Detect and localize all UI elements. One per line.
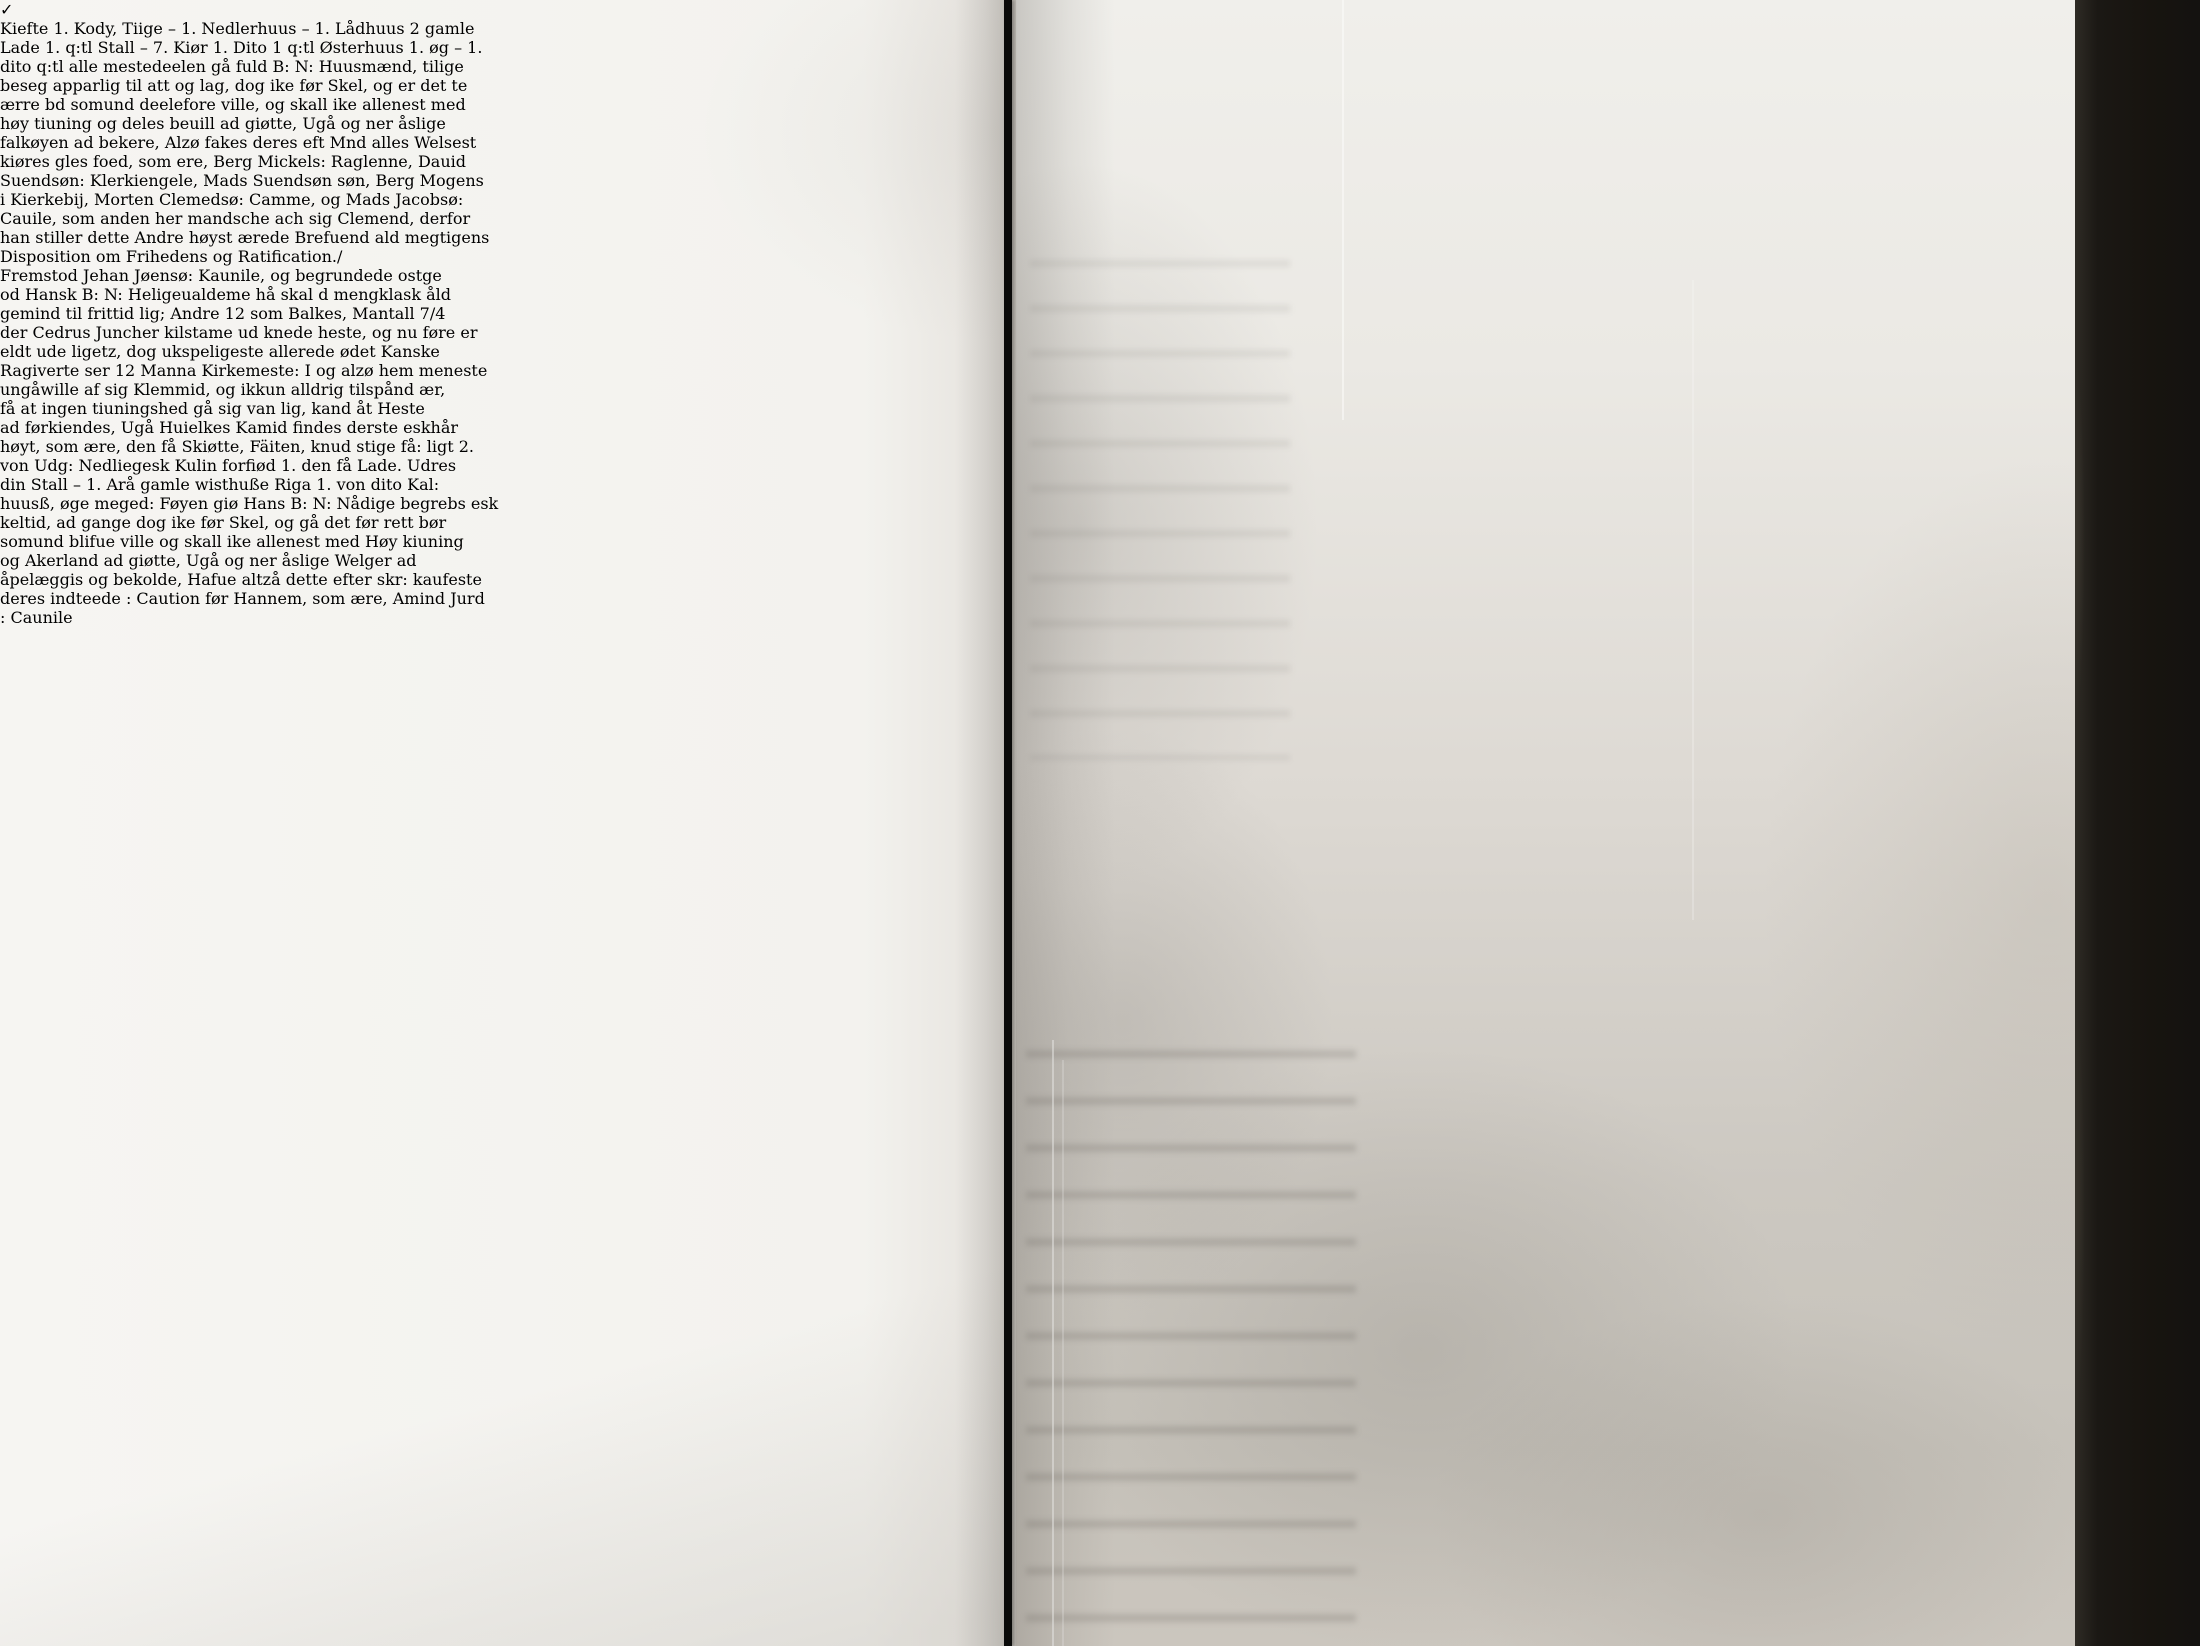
manuscript-line: han stiller dette Andre høyst ærede Bref… xyxy=(0,228,1016,247)
manuscript-line: beseg apparlig til att og lag, dog ike f… xyxy=(0,76,1016,95)
right-page xyxy=(1016,0,2080,1646)
left-page: ✓ Kiefte 1. Kody, Tiige – 1. Nedlerhuus … xyxy=(0,0,1016,1646)
manuscript-line: ærre bd somund deelefore ville, og skall… xyxy=(0,95,1016,114)
manuscript-line: Disposition om Frihedens og Ratification… xyxy=(0,247,1016,266)
gutter-shadow xyxy=(955,0,1005,1646)
manuscript-line: Suendsøn: Klerkiengele, Mads Suendsøn sø… xyxy=(0,171,1016,190)
manuscript-line: Fremstod Jehan Jøensø: Kaunile, og begru… xyxy=(0,266,1016,285)
manuscript-line: Kiefte 1. Kody, Tiige – 1. Nedlerhuus – … xyxy=(0,19,1016,38)
manuscript-line: dito q:tl alle mestedeelen gå fuld B: N:… xyxy=(0,57,1016,76)
manuscript-line: ad førkiendes, Ugå Huielkes Kamid findes… xyxy=(0,418,1016,437)
manuscript-line: Cauile, som anden her mandsche ach sig C… xyxy=(0,209,1016,228)
margin-checkmark: ✓ xyxy=(0,0,1016,19)
manuscript-line: Lade 1. q:tl Stall – 7. Kiør 1. Dito 1 q… xyxy=(0,38,1016,57)
manuscript-line: ungåwille af sig Klemmid, og ikkun alldr… xyxy=(0,380,1016,399)
manuscript-line: keltid, ad gange dog ike før Skel, og gå… xyxy=(0,513,1016,532)
book-edge-band xyxy=(2075,0,2200,1646)
manuscript-line: høyt, som ære, den få Skiøtte, Fäiten, k… xyxy=(0,437,1016,456)
manuscript-line: høy tiuning og deles beuill ad giøtte, U… xyxy=(0,114,1016,133)
manuscript-line: von Udg: Nedliegesk Kulin forfiød 1. den… xyxy=(0,456,1016,475)
scan-scratch-line xyxy=(1342,0,1344,420)
binding-gutter xyxy=(955,0,1115,1646)
manuscript-line: og Akerland ad giøtte, Ugå og ner åslige… xyxy=(0,551,1016,570)
left-paragraph-1: Kiefte 1. Kody, Tiige – 1. Nedlerhuus – … xyxy=(0,19,1016,266)
manuscript-line: din Stall – 1. Arå gamle wisthuße Riga 1… xyxy=(0,475,1016,494)
manuscript-line: Ragiverte ser 12 Manna Kirkemeste: I og … xyxy=(0,361,1016,380)
binding-fold-line xyxy=(1004,0,1012,1646)
manuscript-line: kiøres gles foed, som ere, Berg Mickels:… xyxy=(0,152,1016,171)
manuscript-line: od Hansk B: N: Heligeualdeme hå skal d m… xyxy=(0,285,1016,304)
gutter-smudge xyxy=(1012,0,1115,1646)
manuscript-line: somund blifue ville og skall ike allenes… xyxy=(0,532,1016,551)
page-edges-strip xyxy=(2147,28,2185,836)
manuscript-scan: ✓ Kiefte 1. Kody, Tiige – 1. Nedlerhuus … xyxy=(0,0,2200,1646)
manuscript-line: få at ingen tiuningshed gå sig van lig, … xyxy=(0,399,1016,418)
manuscript-line: huusß, øge meged: Føyen giø Hans B: N: N… xyxy=(0,494,1016,513)
manuscript-line: i Kierkebij, Morten Clemedsø: Camme, og … xyxy=(0,190,1016,209)
manuscript-line: deres indteede : Caution før Hannem, som… xyxy=(0,589,1016,608)
left-paragraph-2: Fremstod Jehan Jøensø: Kaunile, og begru… xyxy=(0,266,1016,608)
manuscript-line: eldt ude ligetz, dog ukspeligeste allere… xyxy=(0,342,1016,361)
manuscript-line: falkøyen ad bekere, Alzø fakes deres eft… xyxy=(0,133,1016,152)
manuscript-line: gemind til frittid lig; Andre 12 som Bal… xyxy=(0,304,1016,323)
scan-scratch-line xyxy=(1692,280,1694,920)
manuscript-line: åpelæggis og bekolde, Hafue altzå dette … xyxy=(0,570,1016,589)
left-paragraph-closing: : Caunile xyxy=(0,608,1016,627)
manuscript-line: der Cedrus Juncher kilstame ud knede hes… xyxy=(0,323,1016,342)
